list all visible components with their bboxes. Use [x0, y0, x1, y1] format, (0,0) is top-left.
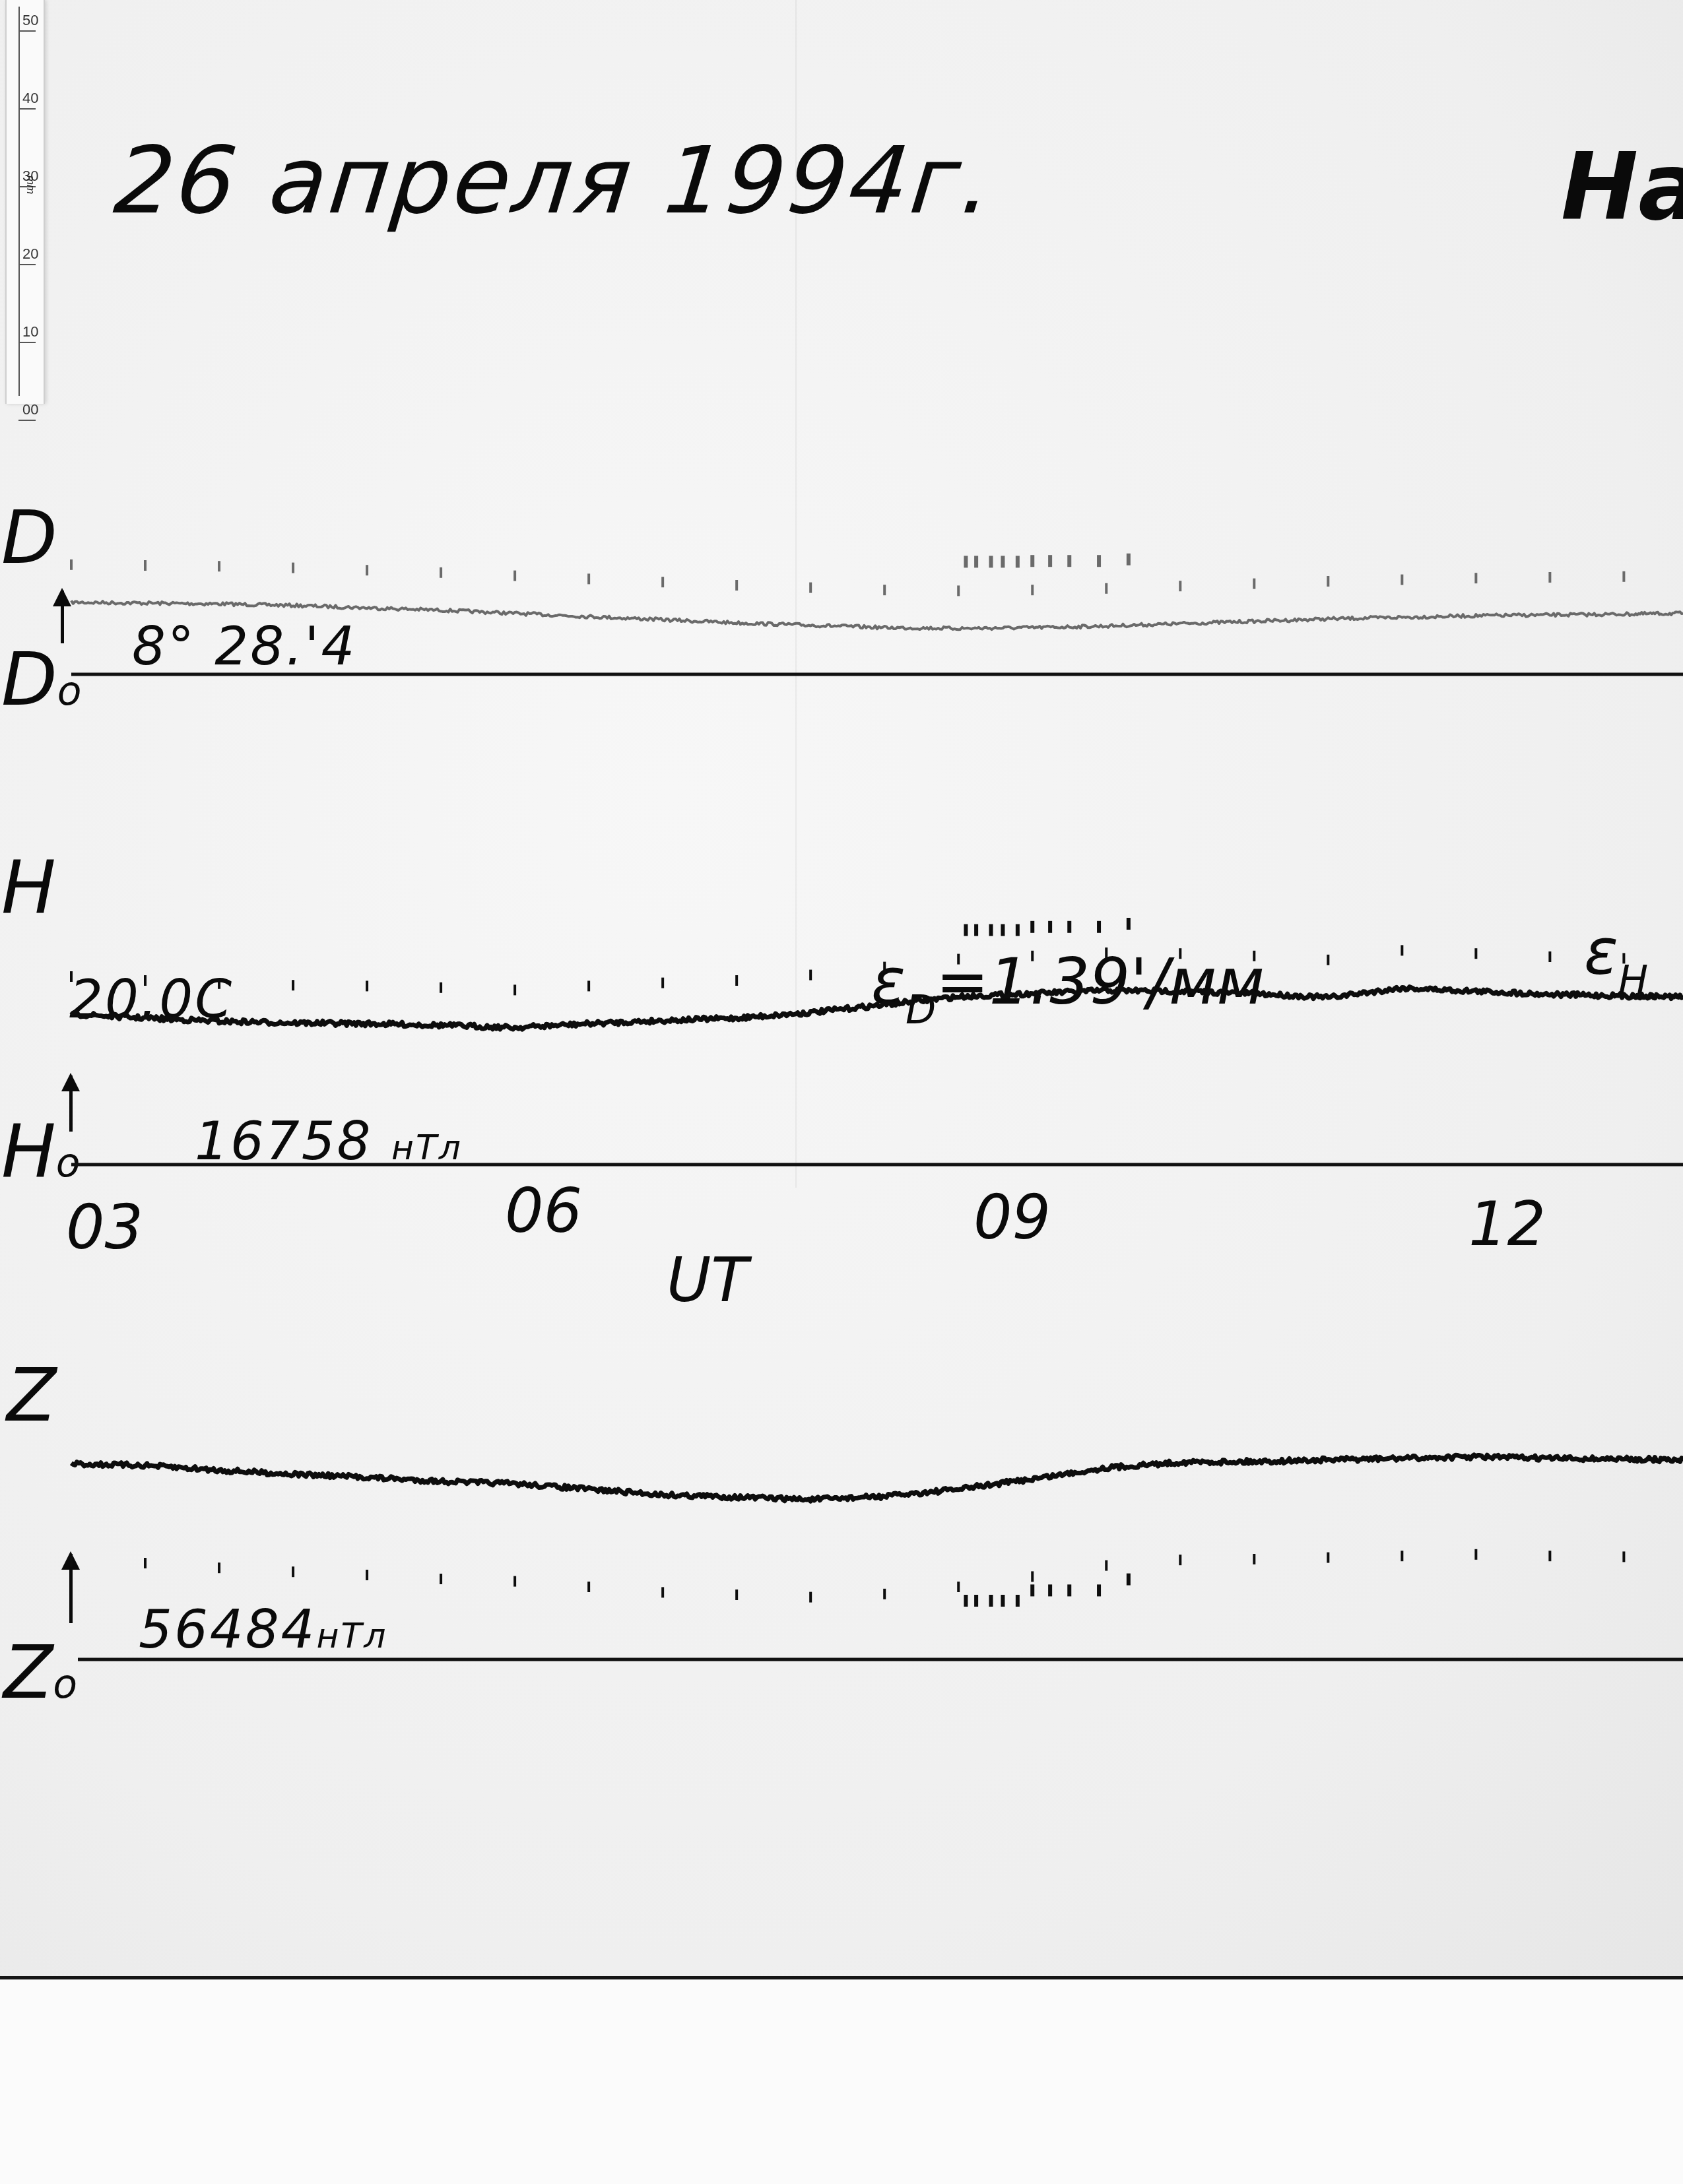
time-mark	[1001, 556, 1005, 567]
trace-h	[71, 987, 1683, 1030]
time-mark	[1127, 554, 1131, 565]
scanner-background	[0, 1979, 1683, 2184]
time-mark	[964, 1595, 968, 1607]
time-mark	[1097, 555, 1101, 567]
time-mark	[964, 924, 968, 936]
time-mark	[1097, 921, 1101, 933]
time-mark	[1001, 1595, 1005, 1607]
time-mark	[1048, 921, 1052, 933]
time-mark	[1030, 1584, 1034, 1596]
time-mark	[974, 1595, 978, 1607]
time-mark	[974, 924, 978, 936]
trace-d	[71, 600, 1683, 629]
time-mark	[1067, 555, 1071, 567]
time-mark	[1097, 1584, 1101, 1596]
time-mark	[1016, 556, 1020, 567]
time-mark	[1001, 924, 1005, 936]
time-mark	[1016, 1595, 1020, 1607]
time-mark	[1067, 921, 1071, 933]
time-mark	[989, 556, 993, 567]
time-mark	[989, 1595, 993, 1607]
time-mark	[1030, 921, 1034, 933]
time-mark	[1030, 555, 1034, 567]
magnetogram-traces	[0, 0, 1683, 1979]
time-mark	[1048, 555, 1052, 567]
time-mark	[1127, 918, 1131, 930]
trace-z	[71, 1455, 1683, 1501]
time-mark	[1016, 924, 1020, 936]
time-mark	[1127, 1574, 1131, 1586]
time-mark	[989, 924, 993, 936]
time-mark	[964, 556, 968, 567]
time-mark	[974, 556, 978, 567]
time-mark	[1048, 1584, 1052, 1596]
time-mark	[1067, 1584, 1071, 1596]
